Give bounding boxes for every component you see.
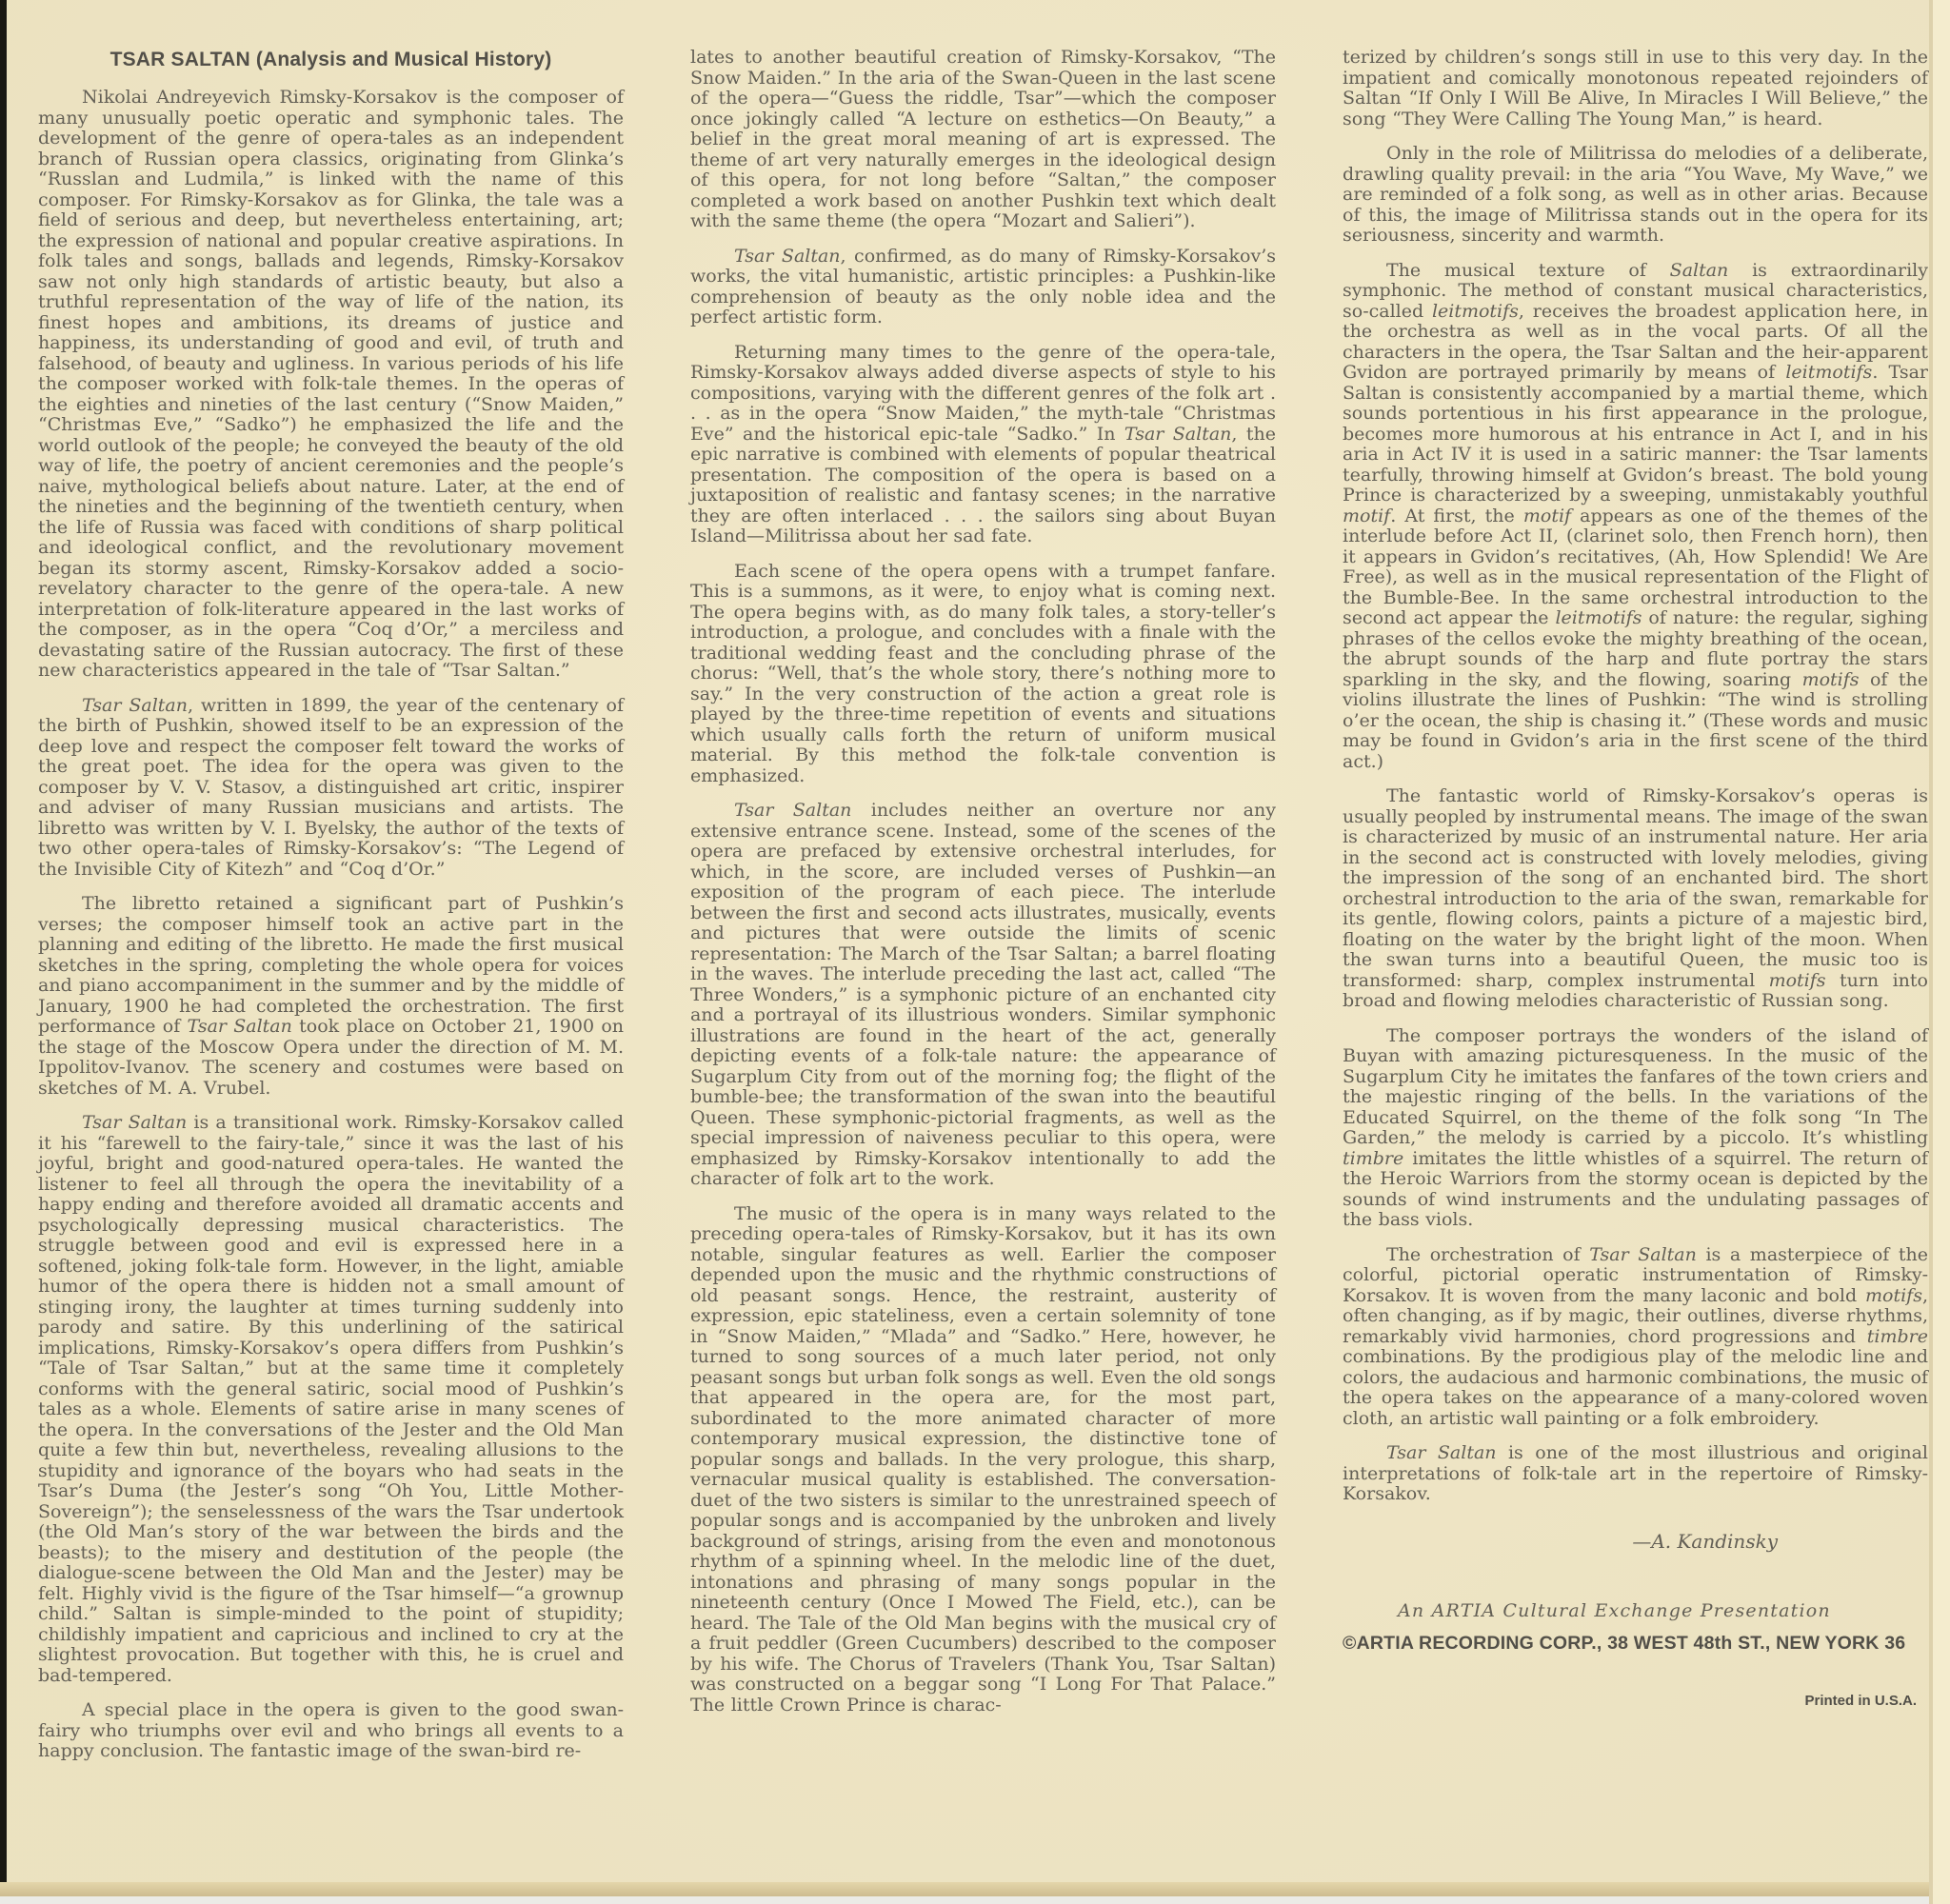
paragraph: The fantastic world of Rimsky-Korsakov’s… — [1343, 786, 1928, 1012]
paragraph: lates to another beautiful creation of R… — [690, 48, 1276, 232]
bottom-scan-shadow — [0, 1882, 1950, 1896]
paragraph: The music of the opera is in many ways r… — [690, 1204, 1276, 1716]
paragraph: A special place in the opera is given to… — [38, 1700, 624, 1762]
text-columns: TSAR SALTAN (Analysis and Musical Histor… — [0, 0, 1950, 1776]
paragraph: Tsar Saltan is a transitional work. Rims… — [38, 1113, 624, 1686]
paragraph: The orchestration of Tsar Saltan is a ma… — [1343, 1245, 1928, 1430]
paragraph: Tsar Saltan, confirmed, as do many of Ri… — [690, 247, 1276, 328]
column-1-paragraphs: Nikolai Andreyevich Rimsky-Korsakov is t… — [38, 88, 624, 1762]
printed-in-usa: Printed in U.S.A. — [1343, 1693, 1928, 1709]
column-1: TSAR SALTAN (Analysis and Musical Histor… — [38, 48, 624, 1776]
paragraph: Tsar Saltan is one of the most illustrio… — [1343, 1443, 1928, 1505]
paragraph: Tsar Saltan, written in 1899, the year o… — [38, 696, 624, 881]
page-title: TSAR SALTAN (Analysis and Musical Histor… — [38, 48, 624, 72]
column-3: terized by children’s songs still in use… — [1343, 48, 1928, 1776]
artia-copyright-line: ©ARTIA RECORDING CORP., 38 WEST 48th ST.… — [1343, 1633, 1928, 1655]
right-scan-crease — [1929, 0, 1950, 1904]
artia-presentation-line: An ARTIA Cultural Exchange Presentation — [1398, 1600, 1928, 1621]
author-signature: —A. Kandinsky — [1343, 1530, 1928, 1553]
paragraph: The libretto retained a significant part… — [38, 894, 624, 1099]
paragraph: The composer portrays the wonders of the… — [1343, 1026, 1928, 1231]
liner-notes-page: TSAR SALTAN (Analysis and Musical Histor… — [0, 0, 1950, 1904]
paragraph: Returning many times to the genre of the… — [690, 343, 1276, 547]
column-2-paragraphs: lates to another beautiful creation of R… — [690, 48, 1276, 1716]
paragraph: Nikolai Andreyevich Rimsky-Korsakov is t… — [38, 88, 624, 682]
paragraph: terized by children’s songs still in use… — [1343, 48, 1928, 129]
column-3-paragraphs: terized by children’s songs still in use… — [1343, 48, 1928, 1505]
paragraph: The musical texture of Saltan is extraor… — [1343, 261, 1928, 773]
paragraph: Each scene of the opera opens with a tru… — [690, 562, 1276, 787]
paragraph: Only in the role of Militrissa do melodi… — [1343, 144, 1928, 247]
bottom-scan-strip — [0, 1896, 1950, 1904]
paragraph: Tsar Saltan includes neither an overture… — [690, 801, 1276, 1190]
column-2: lates to another beautiful creation of R… — [690, 48, 1276, 1776]
